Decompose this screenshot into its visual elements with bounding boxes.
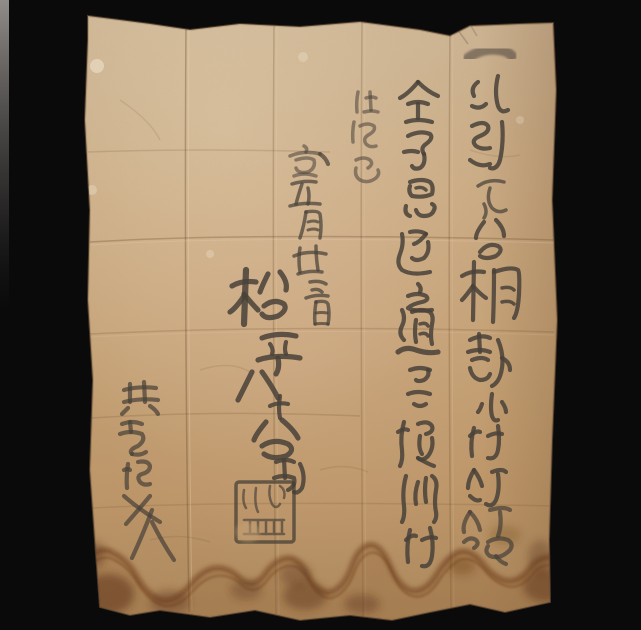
background-edge-highlight <box>0 0 9 310</box>
photo <box>0 0 641 630</box>
document-photo-svg <box>0 0 641 630</box>
paper-sheet <box>80 6 570 630</box>
paper-grain-texture <box>80 10 570 630</box>
